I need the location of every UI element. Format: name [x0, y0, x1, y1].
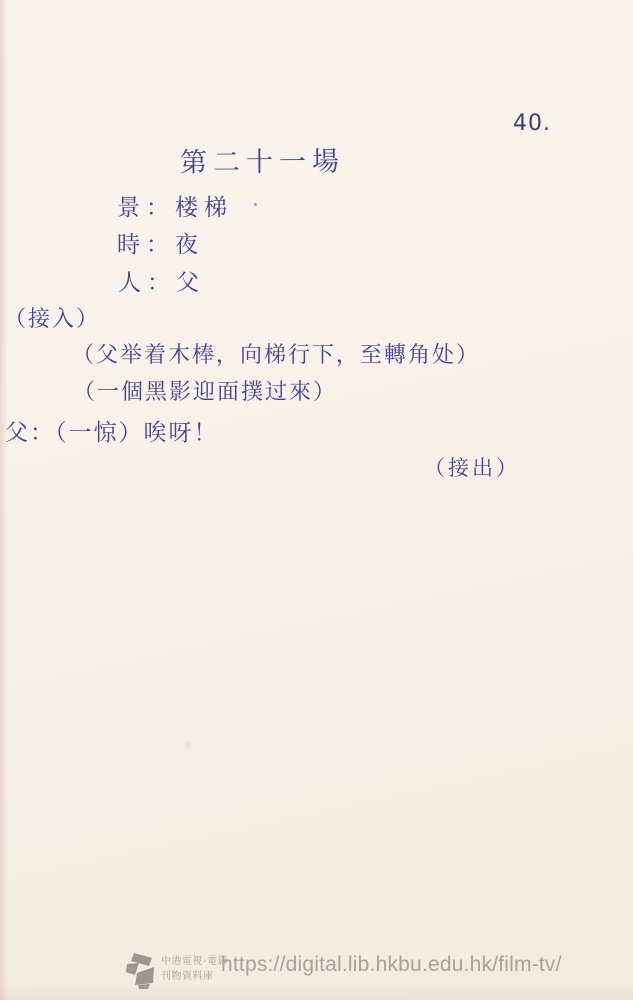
- action-line-2: （一個黑影迎面撲过來）: [73, 379, 337, 407]
- archive-url: https://digital.lib.hkbu.edu.hk/film-tv/: [221, 953, 562, 977]
- scene-cast-line: 人：父: [118, 269, 205, 298]
- script-page-scan: 40. 第二十一場 景：楼梯 時：夜 人：父 （接入） （父举着木棒，向梯行下，…: [0, 0, 633, 1000]
- archive-name-line1: 中港電視-電影: [161, 955, 228, 970]
- action-line-1: （父举着木棒，向梯行下，至轉角处）: [72, 342, 480, 370]
- archive-name-label: 中港電視-電影 刊物資料庫: [161, 955, 228, 984]
- scene-heading: 第二十一場: [180, 145, 345, 180]
- page-number: 40.: [513, 110, 551, 138]
- archive-name-line2: 刊物資料庫: [161, 970, 228, 985]
- watermark-footer: 中港電視-電影 刊物資料庫 https://digital.lib.hkbu.e…: [0, 947, 633, 993]
- transition-cut-out: （接出）: [424, 455, 520, 481]
- ink-dot: [254, 203, 257, 206]
- scene-time-line: 時：夜: [117, 231, 204, 260]
- scan-smudge: [185, 742, 191, 748]
- transition-cut-in: （接入）: [4, 306, 100, 334]
- film-camera-logo-icon: [126, 952, 158, 994]
- scene-location-line: 景：楼梯: [117, 194, 233, 223]
- dialogue-line: 父：（一惊）唉呀！: [5, 419, 219, 448]
